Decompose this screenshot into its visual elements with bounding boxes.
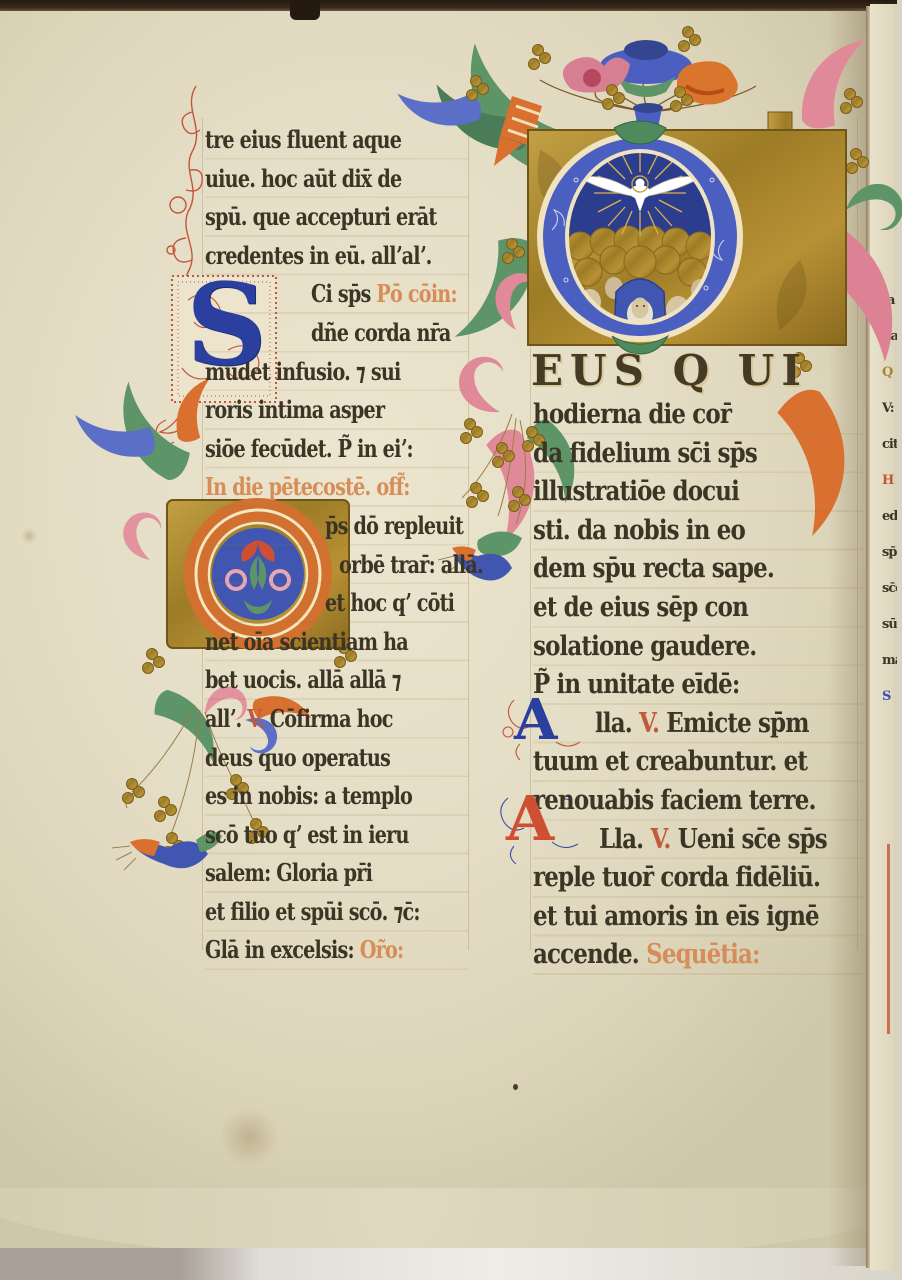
text-segment: p̄s dō repleuit bbox=[325, 511, 463, 540]
text-line: orbē trar̄: allā. bbox=[339, 546, 443, 585]
text-line: spū. que accepturi erāt bbox=[205, 198, 416, 237]
text-segment: deus quo operatus bbox=[205, 743, 390, 772]
text-line: siōe fecūdet. P̃ in eiʼ: bbox=[205, 430, 416, 469]
dropcap-a-blue: A bbox=[514, 692, 557, 748]
text-line: et hoc qʼ cōti bbox=[325, 584, 440, 623]
text-segment: Lla. bbox=[599, 824, 650, 855]
right-text-column: hodierna die cor̄da fidelium sc̄i sp̄sil… bbox=[533, 396, 863, 976]
text-line: lla. V. Emicte sp̄m bbox=[595, 705, 823, 744]
text-line: tuum et creabuntur. et bbox=[533, 743, 814, 782]
text-line: scō tuo qʼ est in ieru bbox=[205, 816, 416, 855]
text-segment: hodierna die cor̄ bbox=[533, 399, 731, 430]
text-segment: renouabis faciem terre. bbox=[533, 785, 816, 816]
text-line: tre eius fluent aque bbox=[205, 121, 416, 160]
text-segment: spū. que accepturi erāt bbox=[205, 202, 436, 231]
text-line: et de eius sēp con bbox=[533, 589, 814, 628]
text-segment: roris intima asper bbox=[205, 395, 384, 424]
ink-speck bbox=[513, 1084, 518, 1090]
text-segment: scō tuo qʼ est in ieru bbox=[205, 820, 409, 849]
text-line: et filio et spūi scō. ⁊c̄: bbox=[205, 893, 416, 932]
holy-rays bbox=[594, 150, 686, 236]
text-segment: sti. da nobis in eo bbox=[533, 515, 745, 546]
text-segment: illustratiōe docui bbox=[533, 476, 739, 507]
parchment-stain bbox=[218, 1108, 280, 1166]
text-line: p̄s dō repleuit bbox=[325, 507, 440, 546]
text-segment: net oīa scientiam ha bbox=[205, 627, 408, 656]
text-line: P̃ in unitate eīdē: bbox=[533, 666, 814, 705]
text-segment: dñe corda nr̄a bbox=[311, 318, 451, 347]
next-folio-red-rule bbox=[887, 844, 890, 1034]
text-segment: solatione gaudere. bbox=[533, 631, 756, 662]
virgin-mary bbox=[608, 279, 674, 352]
text-segment: Ueni sc̄e sp̄s bbox=[678, 824, 827, 855]
flower-spray bbox=[529, 27, 757, 132]
text-segment: Pō cōin: bbox=[376, 279, 456, 308]
text-segment: Ci sp̄s bbox=[311, 279, 376, 308]
text-line: Ci sp̄s Pō cōin: bbox=[311, 275, 437, 314]
text-segment: Glā in excelsis: bbox=[205, 935, 360, 964]
ruling-line bbox=[202, 118, 203, 950]
under-pages-edge bbox=[0, 1248, 902, 1280]
text-segment: da fidelium sc̄i sp̄s bbox=[533, 438, 757, 469]
text-segment: lla. bbox=[595, 708, 639, 739]
red-penwork-vine bbox=[167, 86, 202, 288]
text-segment: et tui amoris in eīs ignē bbox=[533, 901, 819, 932]
text-line: allʼ. V. Cōfirma hoc bbox=[205, 700, 416, 739]
text-line: illustratiōe docui bbox=[533, 473, 814, 512]
text-line: renouabis faciem terre. bbox=[533, 782, 814, 821]
ring-filigree bbox=[552, 178, 724, 290]
holy-spirit-dove bbox=[580, 176, 700, 212]
text-line: bet uocis. allā allā ⁊ bbox=[205, 661, 416, 700]
text-line: dem sp̄u recta sape. bbox=[533, 550, 814, 589]
display-capitals-line: EUS Q UI bbox=[531, 344, 863, 398]
text-line: et tui amoris in eīs ignē bbox=[533, 898, 814, 937]
text-line: solatione gaudere. bbox=[533, 628, 814, 667]
halos bbox=[559, 246, 721, 305]
text-line: sti. da nobis in eo bbox=[533, 512, 814, 551]
text-segment: V. bbox=[650, 824, 677, 855]
text-line: net oīa scientiam ha bbox=[205, 623, 416, 662]
manuscript-page: tauaQV:citeHedosp̄ssc̄esūtmagS bbox=[0, 0, 902, 1280]
left-text-column: tre eius fluent aqueuiue. hoc aūt dix̄ d… bbox=[205, 121, 469, 971]
striped-band bbox=[494, 96, 542, 166]
text-segment: V. bbox=[639, 708, 666, 739]
text-line: es in nobis: a templo bbox=[205, 777, 416, 816]
text-segment: allʼ. bbox=[205, 704, 247, 733]
text-line: reple tuor̄ corda fidēliū. bbox=[533, 859, 814, 898]
text-line: accende. Sequētia: bbox=[533, 936, 814, 975]
text-line: hodierna die cor̄ bbox=[533, 396, 814, 435]
text-segment: et hoc qʼ cōti bbox=[325, 588, 454, 617]
text-segment: V. bbox=[247, 704, 270, 733]
text-line: salem: Gloria pr̄i bbox=[205, 854, 416, 893]
text-segment: es in nobis: a templo bbox=[205, 781, 412, 810]
text-line: da fidelium sc̄i sp̄s bbox=[533, 435, 814, 474]
text-segment: Sequētia: bbox=[646, 939, 760, 970]
text-segment: et filio et spūi scō. ⁊c̄: bbox=[205, 897, 420, 926]
text-segment: dem sp̄u recta sape. bbox=[533, 553, 774, 584]
text-segment: siōe fecūdet. P̃ in eiʼ: bbox=[205, 434, 413, 463]
text-line: Lla. V. Ueni sc̄e sp̄s bbox=[599, 821, 823, 860]
text-segment: P̃ in unitate eīdē: bbox=[533, 669, 740, 700]
text-line: In die pētecostē. off̃: bbox=[205, 468, 416, 507]
fore-edge-outer bbox=[897, 0, 902, 1280]
green-clasps bbox=[612, 121, 668, 354]
text-segment: tuum et creabuntur. et bbox=[533, 746, 807, 777]
text-segment: Emicte sp̄m bbox=[666, 708, 808, 739]
text-segment: accende. bbox=[533, 939, 646, 970]
parchment-stain bbox=[828, 168, 854, 190]
text-segment: reple tuor̄ corda fidēliū. bbox=[533, 862, 820, 893]
text-segment: Or̃o: bbox=[360, 935, 404, 964]
binding-tab bbox=[290, 0, 320, 20]
text-line: Glā in excelsis: Or̃o: bbox=[205, 931, 416, 970]
pentecost-miniature bbox=[559, 148, 721, 354]
parchment-stain bbox=[20, 528, 38, 544]
binding-top-edge bbox=[0, 0, 902, 11]
text-segment: bet uocis. allā allā ⁊ bbox=[205, 665, 401, 694]
text-segment: et de eius sēp con bbox=[533, 592, 748, 623]
text-segment: orbē trar̄: allā. bbox=[339, 550, 483, 579]
text-segment: tre eius fluent aque bbox=[205, 125, 401, 154]
text-line: roris intima asper bbox=[205, 391, 416, 430]
dropcap-s-blue: S bbox=[186, 270, 267, 382]
dropcap-a-red: A bbox=[506, 788, 554, 850]
text-line: deus quo operatus bbox=[205, 739, 416, 778]
text-segment: uiue. hoc aūt dix̄ de bbox=[205, 164, 401, 193]
text-segment: In die pētecostē. off̃: bbox=[205, 472, 410, 501]
text-line: uiue. hoc aūt dix̄ de bbox=[205, 160, 416, 199]
text-segment: Cōfirma hoc bbox=[270, 704, 393, 733]
text-line: dñe corda nr̄a bbox=[311, 314, 437, 353]
text-segment: salem: Gloria pr̄i bbox=[205, 858, 372, 887]
